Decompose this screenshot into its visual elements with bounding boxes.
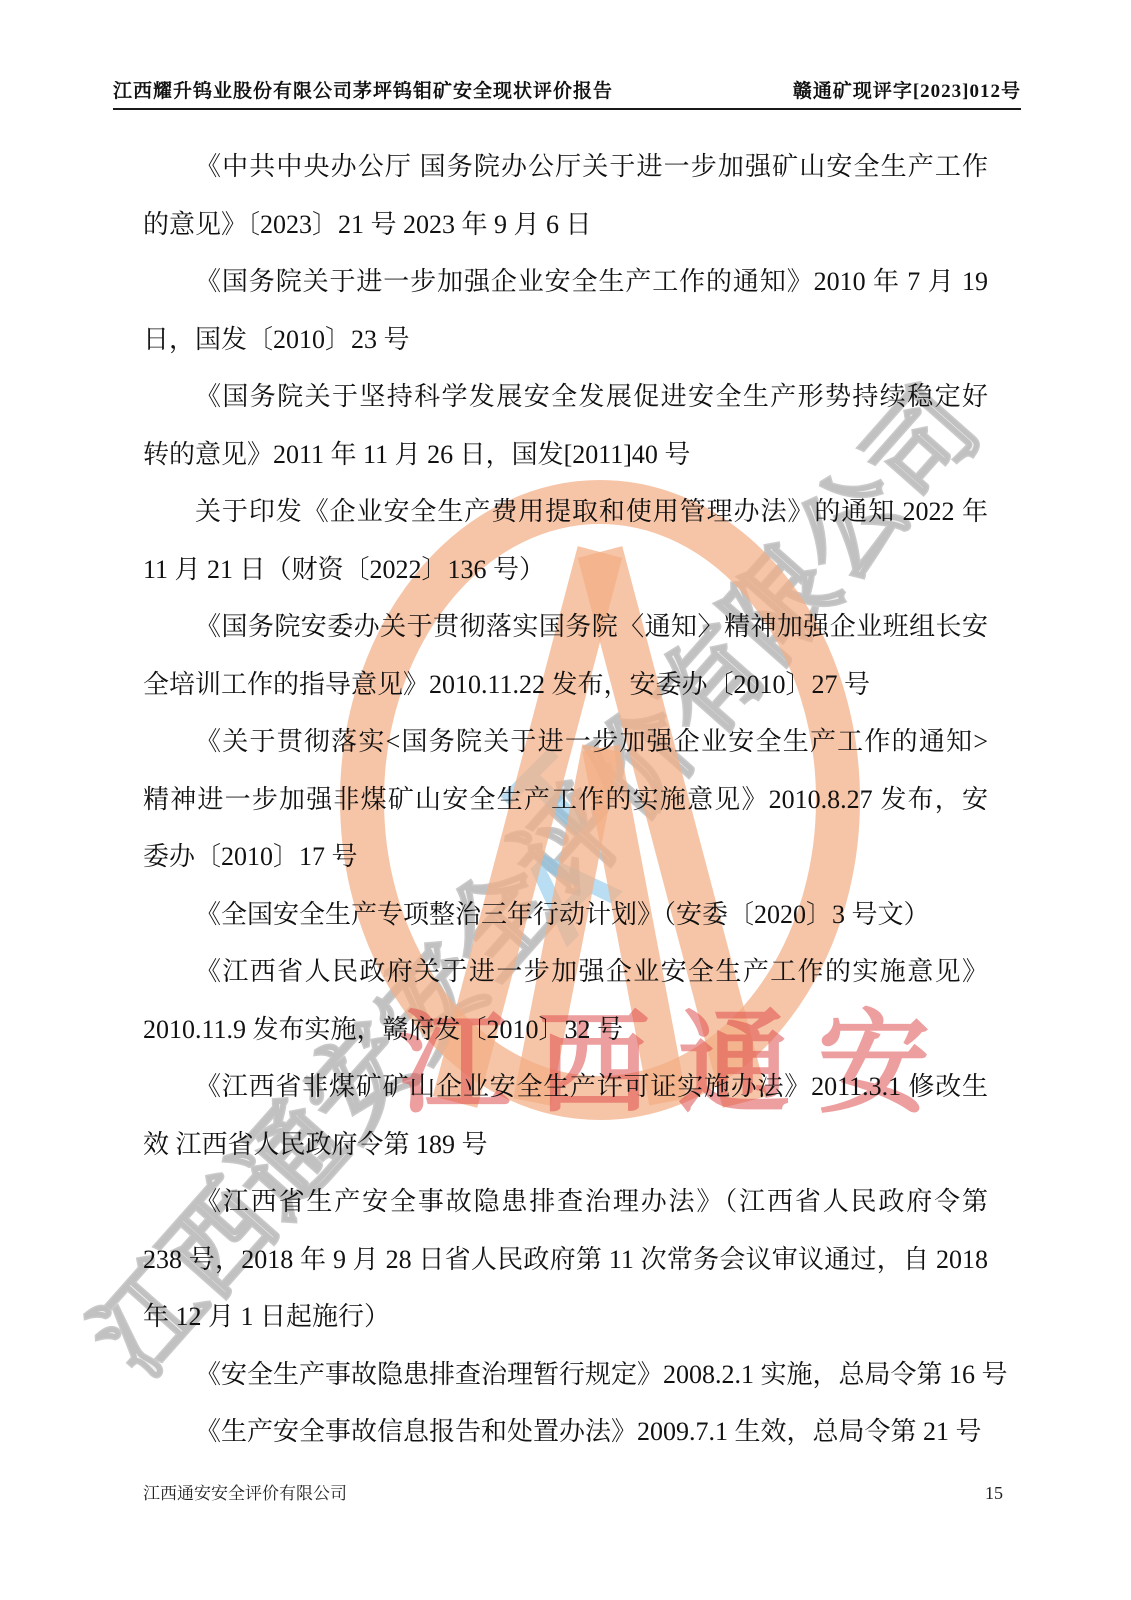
body-line: 《安全生产事故隐患排查治理暂行规定》2008.2.1 实施，总局令第 16 号 xyxy=(143,1346,988,1404)
header-rule xyxy=(113,108,1021,110)
body-line: 《江西省人民政府关于进一步加强企业安全生产工作的实施意见》 xyxy=(143,943,988,1001)
document-body: 《中共中央办公厅 国务院办公厅关于进一步加强矿山安全生产工作 的意见》〔2023… xyxy=(143,138,988,1461)
body-line: 的意见》〔2023〕21 号 2023 年 9 月 6 日 xyxy=(143,196,988,254)
header-doc-number: 赣通矿现评字[2023]012号 xyxy=(793,76,1021,103)
body-line: 年 12 月 1 日起施行） xyxy=(143,1288,988,1346)
body-line: 2010.11.9 发布实施，赣府发〔2010〕32 号 xyxy=(143,1001,988,1059)
body-line: 《中共中央办公厅 国务院办公厅关于进一步加强矿山安全生产工作 xyxy=(143,138,988,196)
body-line: 日，国发〔2010〕23 号 xyxy=(143,311,988,369)
page-number: 15 xyxy=(985,1483,1003,1504)
page-header: 江西耀升钨业股份有限公司茅坪钨钼矿安全现状评价报告 赣通矿现评字[2023]01… xyxy=(113,76,1021,103)
body-line: 11 月 21 日（财资〔2022〕136 号） xyxy=(143,541,988,599)
document-page: 江西通安安全评价有限公司 T A 江西通安 江西耀升钨业股份有限公司茅坪钨钼矿安… xyxy=(0,0,1131,1600)
body-line: 《国务院关于坚持科学发展安全发展促进安全生产形势持续稳定好 xyxy=(143,368,988,426)
body-line: 精神进一步加强非煤矿山安全生产工作的实施意见》2010.8.27 发布，安 xyxy=(143,771,988,829)
body-line: 效 江西省人民政府令第 189 号 xyxy=(143,1116,988,1174)
body-line: 全培训工作的指导意见》2010.11.22 发布，安委办〔2010〕27 号 xyxy=(143,656,988,714)
body-line: 《关于贯彻落实<国务院关于进一步加强企业安全生产工作的通知> xyxy=(143,713,988,771)
body-line: 《国务院关于进一步加强企业安全生产工作的通知》2010 年 7 月 19 xyxy=(143,253,988,311)
header-report-title: 江西耀升钨业股份有限公司茅坪钨钼矿安全现状评价报告 xyxy=(113,76,613,103)
body-line: 关于印发《企业安全生产费用提取和使用管理办法》的通知 2022 年 xyxy=(143,483,988,541)
body-line: 238 号，2018 年 9 月 28 日省人民政府第 11 次常务会议审议通过… xyxy=(143,1231,988,1289)
body-line: 《全国安全生产专项整治三年行动计划》（安委〔2020〕3 号文） xyxy=(143,886,988,944)
body-line: 委办〔2010〕17 号 xyxy=(143,828,988,886)
body-line: 《国务院安委办关于贯彻落实国务院〈通知〉精神加强企业班组长安 xyxy=(143,598,988,656)
body-line: 转的意见》2011 年 11 月 26 日，国发[2011]40 号 xyxy=(143,426,988,484)
body-line: 《江西省非煤矿矿山企业安全生产许可证实施办法》2011.3.1 修改生 xyxy=(143,1058,988,1116)
page-footer: 江西通安安全评价有限公司 15 xyxy=(143,1479,1003,1504)
body-line: 《江西省生产安全事故隐患排查治理办法》（江西省人民政府令第 xyxy=(143,1173,988,1231)
footer-company: 江西通安安全评价有限公司 xyxy=(143,1479,347,1504)
body-line: 《生产安全事故信息报告和处置办法》2009.7.1 生效，总局令第 21 号 xyxy=(143,1403,988,1461)
